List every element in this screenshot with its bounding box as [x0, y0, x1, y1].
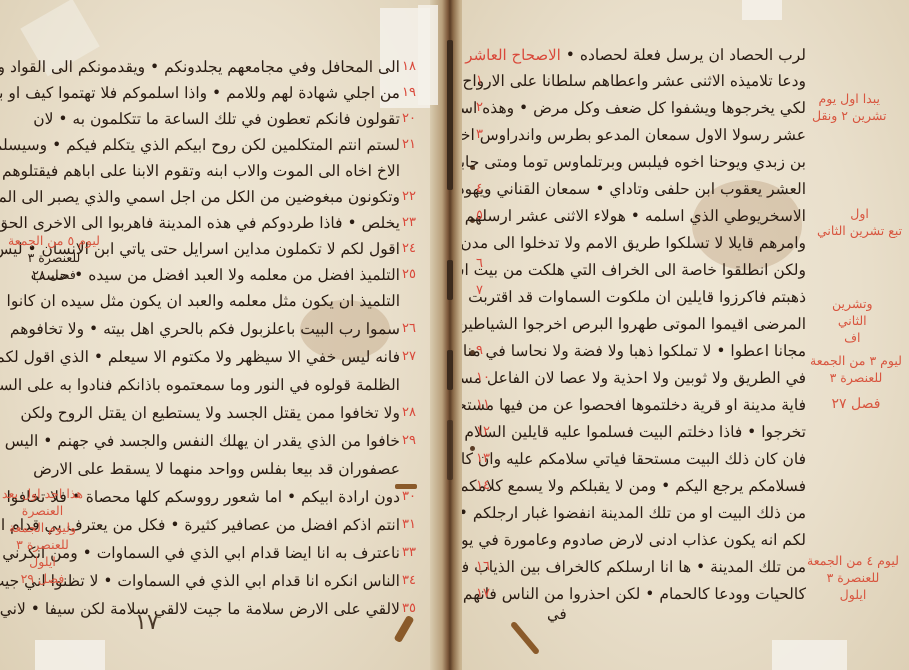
margin-note-lectionary: ليوم ٣ من الجمعة للعنصرة ٣ فصل ٢٧	[810, 352, 902, 413]
right-page: لرب الحصاد ان يرسل فعلة لحصاده • الاصحاح…	[462, 0, 909, 670]
margin-note-line: ليوم ٥ من الجمعة	[8, 232, 100, 249]
text-line: التلميذ ان يكون مثل معلمه والعبد ان يكون…	[7, 289, 400, 313]
verse-number: ٢٧	[402, 345, 416, 369]
verse-number: ١٩	[402, 81, 416, 105]
text-line: الظلمة قولوه في النور وما سمعتموه باذانك…	[0, 373, 400, 397]
margin-note-line: للعنصرة ٣	[810, 369, 902, 386]
text-line: كالحيات وودعا كالحمام • لكن احذروا من ال…	[462, 582, 806, 606]
margin-note-line: للعنصرة ٣	[2, 536, 83, 553]
binding-thread	[447, 40, 453, 190]
verse-number: ٢٦	[402, 317, 416, 341]
verse-number: ١٧	[476, 582, 490, 606]
text-line: الاسخريوطي الذي اسلمه • هولاء الاثنى عشر…	[462, 204, 806, 228]
text-line: من تلك المدينة • ها انا ارسلكم كالخراف ب…	[462, 555, 806, 579]
margin-note-line: ايلول	[807, 586, 899, 603]
verse-number: ٢٨	[402, 401, 416, 425]
text-line: الاخ اخاه الى الموت والاب ابنه وتقوم الا…	[0, 159, 400, 183]
text-line: لستم انتم المتكلمين لكن روح ابيكم الذي ي…	[0, 133, 400, 157]
verse-number: ١٣	[476, 447, 490, 471]
verse-number: ١١	[476, 393, 490, 417]
verse-number: ٢٤	[402, 237, 416, 261]
chapter-heading: الاصحاح العاشر	[465, 46, 561, 64]
catchword: في	[547, 605, 567, 623]
text-line: عشر رسولا الاول سمعان المدعو بطرس واندرا…	[462, 123, 806, 147]
verse-number: ٤	[476, 177, 483, 201]
verse-number: ٣٠	[402, 485, 416, 509]
text-line: عصفوران قد بيعا بفلس وواحد منهما لا يسقط…	[33, 457, 400, 481]
margin-note-lectionary: يبدا اول يوم تشرين ٢ ونقل	[812, 90, 887, 124]
verse-number: ٢٠	[402, 107, 416, 131]
verse-number: ٣٤	[402, 569, 416, 593]
text-line: وامرهم قايلا لا تسلكوا طريق الامم ولا تد…	[462, 231, 806, 255]
text-line: تخرجوا • فاذا دخلتم البيت فسلموا عليه قا…	[462, 420, 806, 444]
margin-note-line: الثاني	[832, 312, 873, 329]
text-line: فان كان ذلك البيت مستحقا فياتي سلامكم عل…	[462, 447, 806, 471]
binding-thread	[447, 260, 453, 300]
verse-number: ٢٥	[402, 263, 416, 287]
right-page-text: لرب الحصاد ان يرسل فعلة لحصاده • الاصحاح…	[494, 43, 806, 623]
text-line: لكي يخرجوها ويشفوا كل ضعف وكل مرض • وهذه…	[462, 96, 806, 120]
binding-thread	[447, 420, 453, 480]
margin-note-line: تشرين ٢ ونقل	[812, 107, 887, 124]
text-line: في الطريق ولا ثوبين ولا احذية ولا عصا لا…	[462, 366, 806, 390]
text-line: فانه ليس خفي الا سيظهر ولا مكتوم الا سيع…	[0, 345, 400, 369]
verse-number: ١٠	[476, 366, 490, 390]
verse-number: ٢	[476, 96, 483, 120]
margin-note-line: هذا احد اول بعد	[2, 485, 83, 502]
text-line: سموا رب البيت باعلزبول فكم بالحري اهل بي…	[10, 317, 400, 341]
margin-note-lectionary: ليوم ٥ من الجمعة للعنصرة ٣ فصل ٢٨	[8, 232, 100, 283]
left-page-text: الى المحافل وفي مجامعهم يجلدونكم • ويقدم…	[88, 55, 400, 635]
text-line-content: لرب الحصاد ان يرسل فعلة لحصاده •	[566, 46, 806, 64]
text-line: الى المحافل وفي مجامعهم يجلدونكم • ويقدم…	[0, 55, 400, 79]
text-line: لالقي على الارض سلامة ما جيت لالقي سلامة…	[0, 597, 400, 621]
verse-number: ٢١	[402, 133, 416, 157]
paper-repair-patch	[35, 640, 105, 670]
paper-repair-patch	[418, 5, 438, 105]
margin-note-line: اف	[832, 329, 873, 346]
folio-number: ١٧	[135, 610, 159, 635]
margin-note-line: ايلول	[2, 553, 83, 570]
text-line: العشر يعقوب ابن حلفى وتاداي • سمعان القن…	[462, 177, 806, 201]
margin-note-line: وليوم الجمعة	[2, 519, 83, 536]
text-line: ولا تخافوا ممن يقتل الجسد ولا يستطيع ان …	[20, 401, 400, 425]
margin-note-line: للعنصرة ٣	[8, 249, 100, 266]
text-line: خافوا من الذي يقدر ان يهلك النفس والجسد …	[5, 429, 400, 453]
margin-note-line: وتشرين	[832, 295, 873, 312]
margin-note-line: فصل ٢٧	[810, 396, 902, 413]
text-line: ولكن انطلقوا خاصة الى الخراف التي هلكت م…	[462, 258, 806, 282]
verse-number: ٧	[476, 279, 483, 303]
verse-number: ٢٩	[402, 429, 416, 453]
text-line: بن زبدي ويوحنا اخوه فيلبس وبرتلماوس توما…	[462, 150, 806, 174]
margin-note-line: اول	[817, 205, 902, 222]
margin-note-line: للعنصرة ٣	[807, 569, 899, 586]
margin-note-line: العنصرة	[2, 502, 83, 519]
text-line: فاية مدينة او قرية دخلتموها افحصوا عن من…	[462, 393, 806, 417]
verse-number: ١	[476, 69, 483, 93]
verse-number: ٣٥	[402, 597, 416, 621]
margin-note-lectionary: هذا احد اول بعد العنصرة وليوم الجمعة للع…	[2, 485, 83, 587]
verse-number: ١٦	[476, 555, 490, 579]
margin-note-line: ليوم ٤ من الجمعة	[807, 552, 899, 569]
paper-repair-patch	[742, 0, 782, 20]
verse-number: ١٢	[476, 420, 490, 444]
margin-note-lectionary: ليوم ٤ من الجمعة للعنصرة ٣ ايلول	[807, 552, 899, 603]
verse-number: ٢٣	[402, 211, 416, 235]
text-line: لرب الحصاد ان يرسل فعلة لحصاده • الاصحاح…	[462, 43, 806, 67]
binding-thread	[447, 350, 453, 390]
text-line: فسلامكم يرجع اليكم • ومن لا يقبلكم ولا ي…	[462, 474, 806, 498]
verse-number: ١٤	[476, 474, 490, 498]
text-line: المرضى اقيموا الموتى طهروا البرص اخرجوا …	[462, 312, 806, 336]
manuscript-spread: الى المحافل وفي مجامعهم يجلدونكم • ويقدم…	[0, 0, 909, 670]
verse-number: ٥	[476, 204, 483, 228]
margin-note-lectionary: اول تبع تشرين الثاني	[817, 205, 902, 239]
verse-number: ٢٢	[402, 185, 416, 209]
margin-note-line: فصل ٢٩	[2, 570, 83, 587]
text-line: وتكونون مبغوضين من الكل من اجل اسمي والذ…	[0, 185, 400, 209]
verse-number: ١٨	[402, 55, 416, 79]
text-line: لكم انه يكون عذاب ادنى لارض صادوم وعامور…	[462, 528, 806, 552]
margin-note-line: ليوم ٣ من الجمعة	[810, 352, 902, 369]
text-line: ودعا تلاميذه الاثنى عشر واعطاهم سلطانا ع…	[462, 69, 806, 93]
margin-note-lectionary: وتشرين الثاني اف	[832, 295, 873, 346]
left-page: الى المحافل وفي مجامعهم يجلدونكم • ويقدم…	[0, 0, 438, 670]
verse-number: ٦	[476, 252, 483, 276]
verse-number: ٣	[476, 123, 483, 147]
margin-note-line: تبع تشرين الثاني	[817, 222, 902, 239]
verse-number: ٣١	[402, 513, 416, 537]
paper-repair-patch	[772, 640, 847, 670]
verse-number: ٩	[476, 339, 483, 363]
text-line: مجانا اعطوا • لا تملكوا ذهبا ولا فضة ولا…	[462, 339, 806, 363]
margin-note-line: يبدا اول يوم	[812, 90, 887, 107]
text-line: ذهبتم فاكرزوا قايلين ان ملكوت السماوات ق…	[462, 285, 806, 309]
text-line: تقولون فانكم تعطون في تلك الساعة ما تتكل…	[33, 107, 400, 131]
verse-number: ٣٣	[402, 541, 416, 565]
text-line: من اجلي شهادة لهم وللامم • واذا اسلموكم …	[0, 81, 400, 105]
ink-stain	[510, 621, 540, 655]
margin-note-line: فصل ٢٨	[8, 266, 100, 283]
text-line: من ذلك البيت او من تلك المدينة انفضوا غب…	[462, 501, 806, 525]
